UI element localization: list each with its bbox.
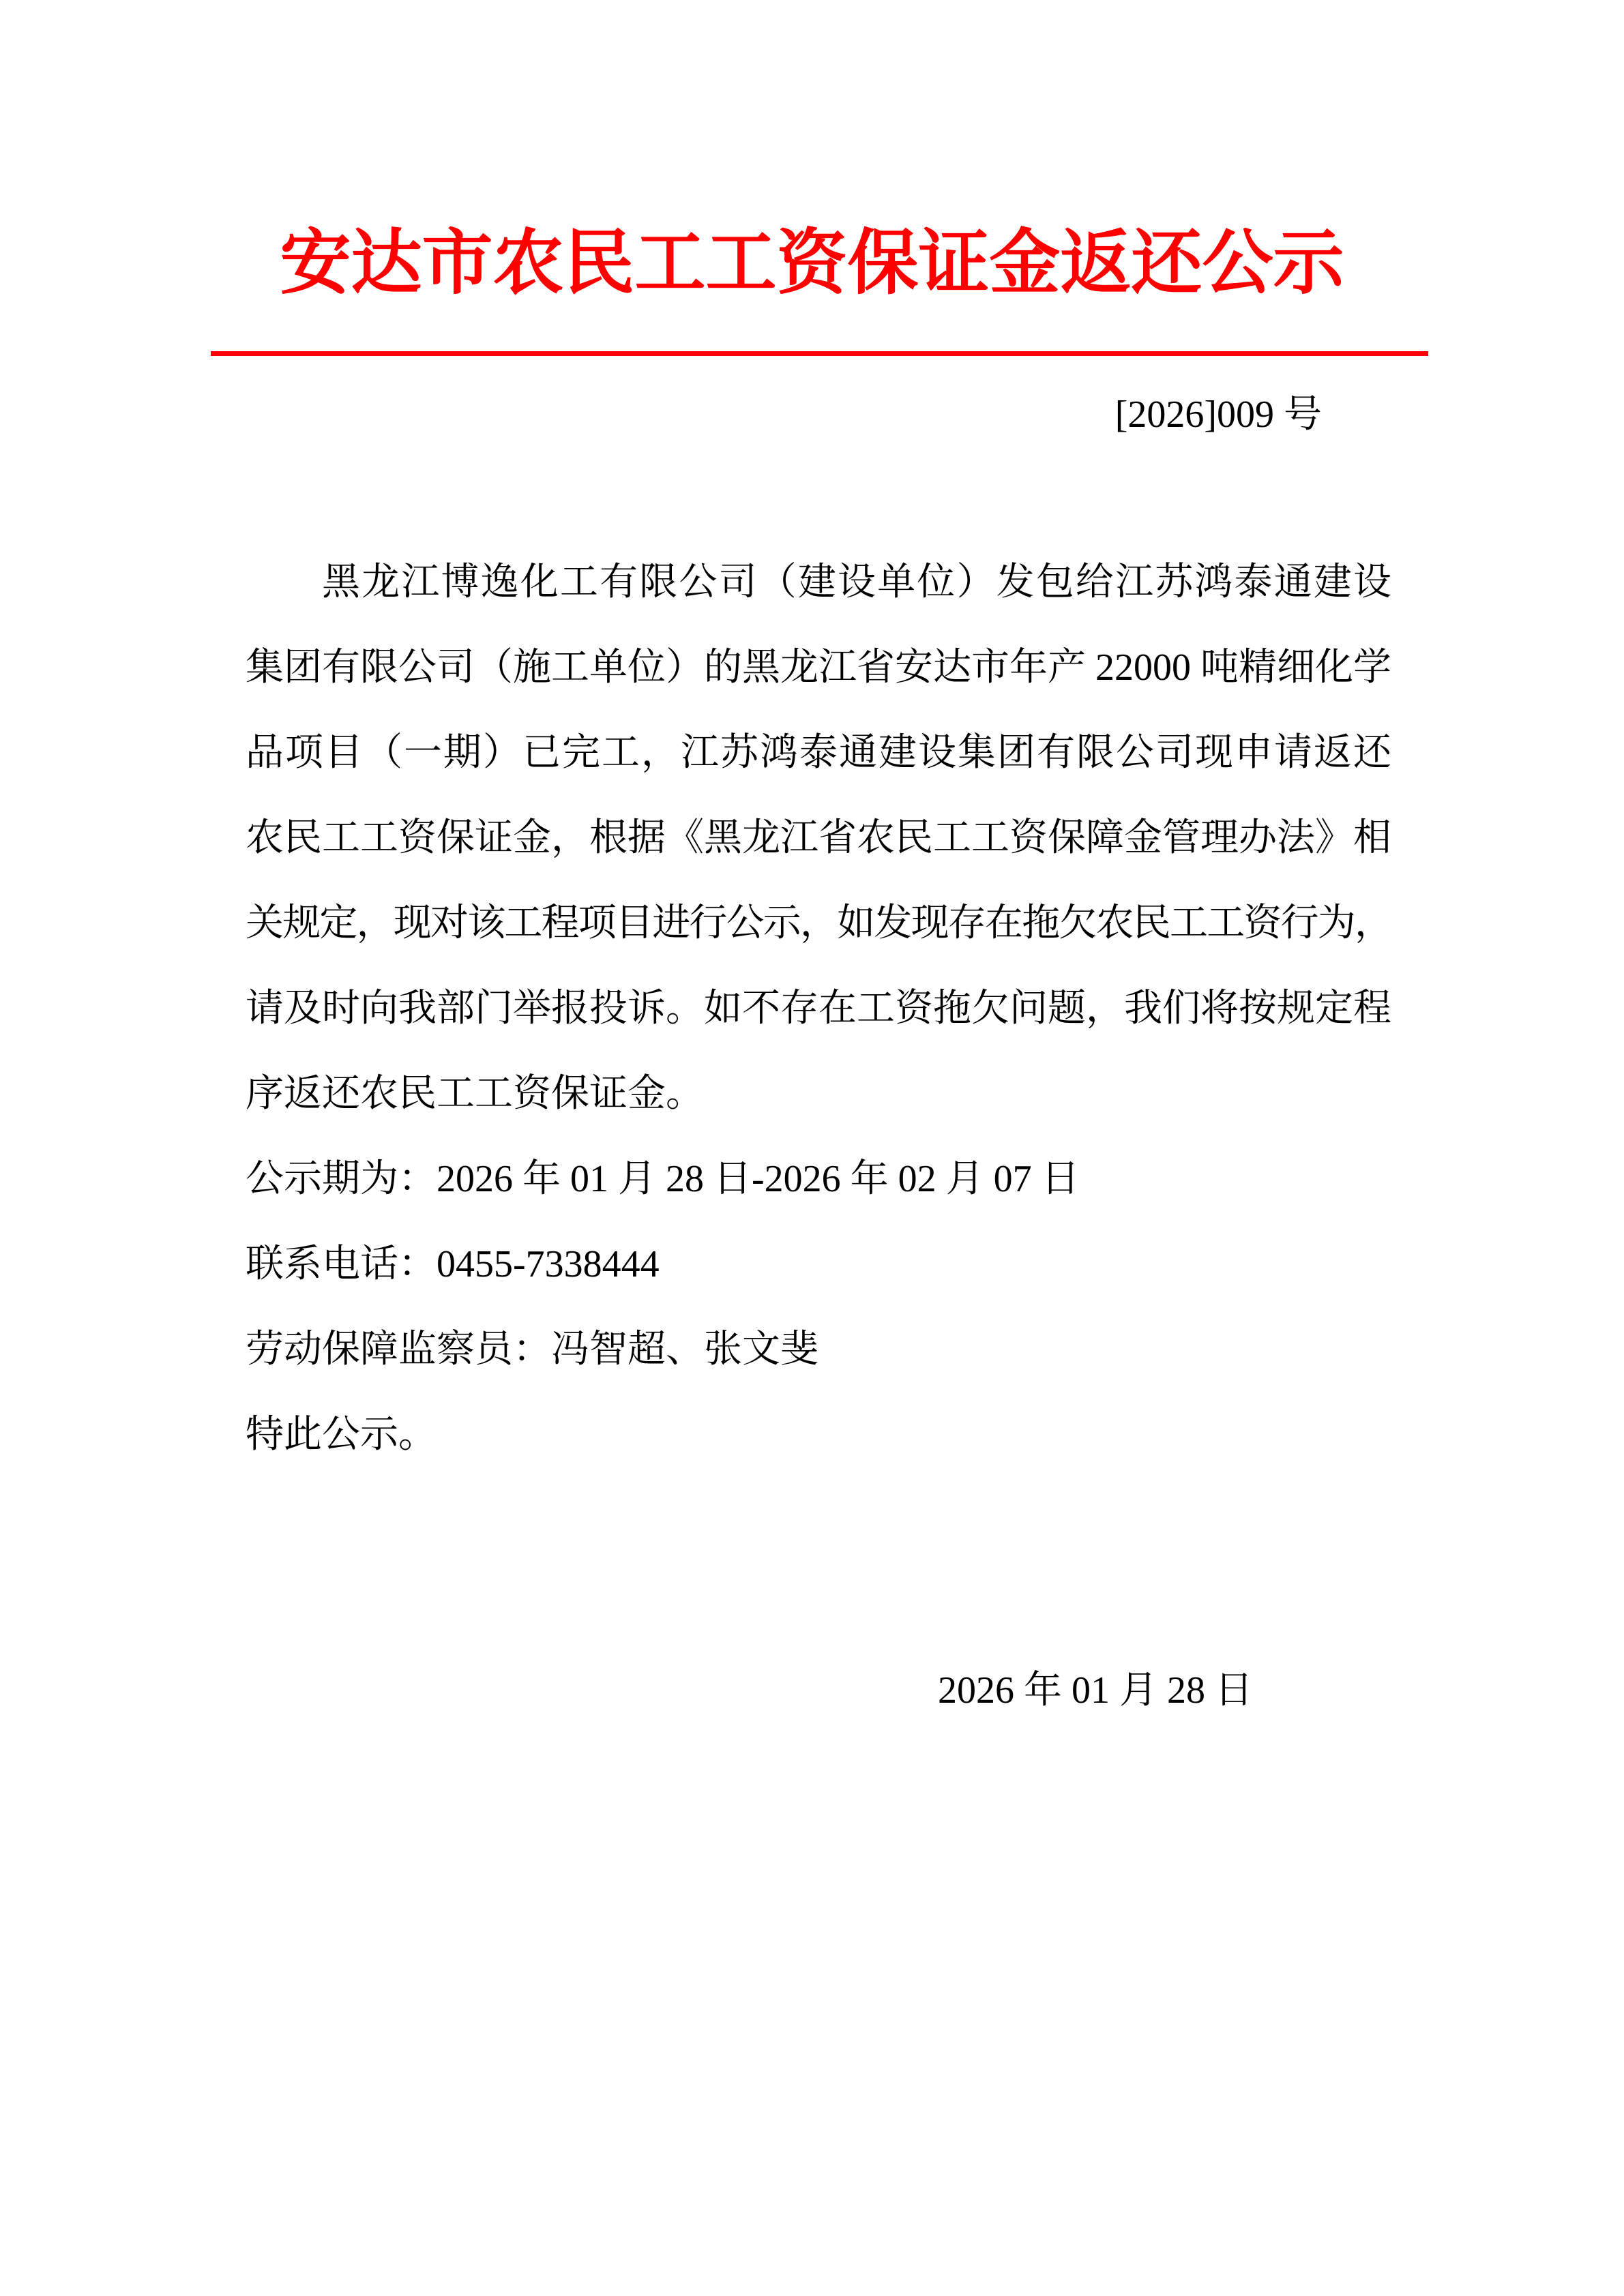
document-page: 安达市农民工工资保证金返还公示 [2026]009 号 黑龙江博逸化工有限公司（… — [0, 0, 1624, 2296]
closing-line: 特此公示。 — [246, 1392, 1391, 1478]
doc-number: [2026]009 号 — [0, 396, 1624, 434]
title-divider — [211, 351, 1428, 356]
publicity-period-line: 公示期为：2026 年 01 月 28 日-2026 年 02 月 07 日 — [246, 1137, 1391, 1222]
body-line-5: 关规定，现对该工程项目进行公示，如发现存在拖欠农民工工资行为， — [246, 881, 1391, 966]
body-line-2: 集团有限公司（施工单位）的黑龙江省安达市年产 22000 吨精细化学 — [246, 625, 1391, 711]
issue-date: 2026 年 01 月 28 日 — [246, 1648, 1391, 1733]
contact-phone-line: 联系电话：0455-7338444 — [246, 1222, 1391, 1307]
body-line-4: 农民工工资保证金，根据《黑龙江省农民工工资保障金管理办法》相 — [246, 796, 1391, 881]
body-line-6: 请及时向我部门举报投诉。如不存在工资拖欠问题，我们将按规定程 — [246, 966, 1391, 1052]
body-line-7: 序返还农民工工资保证金。 — [246, 1052, 1391, 1137]
inspectors-line: 劳动保障监察员：冯智超、张文斐 — [246, 1307, 1391, 1392]
document-title: 安达市农民工工资保证金返还公示 — [0, 228, 1624, 299]
body-line-1: 黑龙江博逸化工有限公司（建设单位）发包给江苏鸿泰通建设 — [246, 540, 1391, 625]
body-line-3: 品项目（一期）已完工，江苏鸿泰通建设集团有限公司现申请返还 — [246, 711, 1391, 796]
document-body: 黑龙江博逸化工有限公司（建设单位）发包给江苏鸿泰通建设 集团有限公司（施工单位）… — [0, 540, 1624, 1733]
